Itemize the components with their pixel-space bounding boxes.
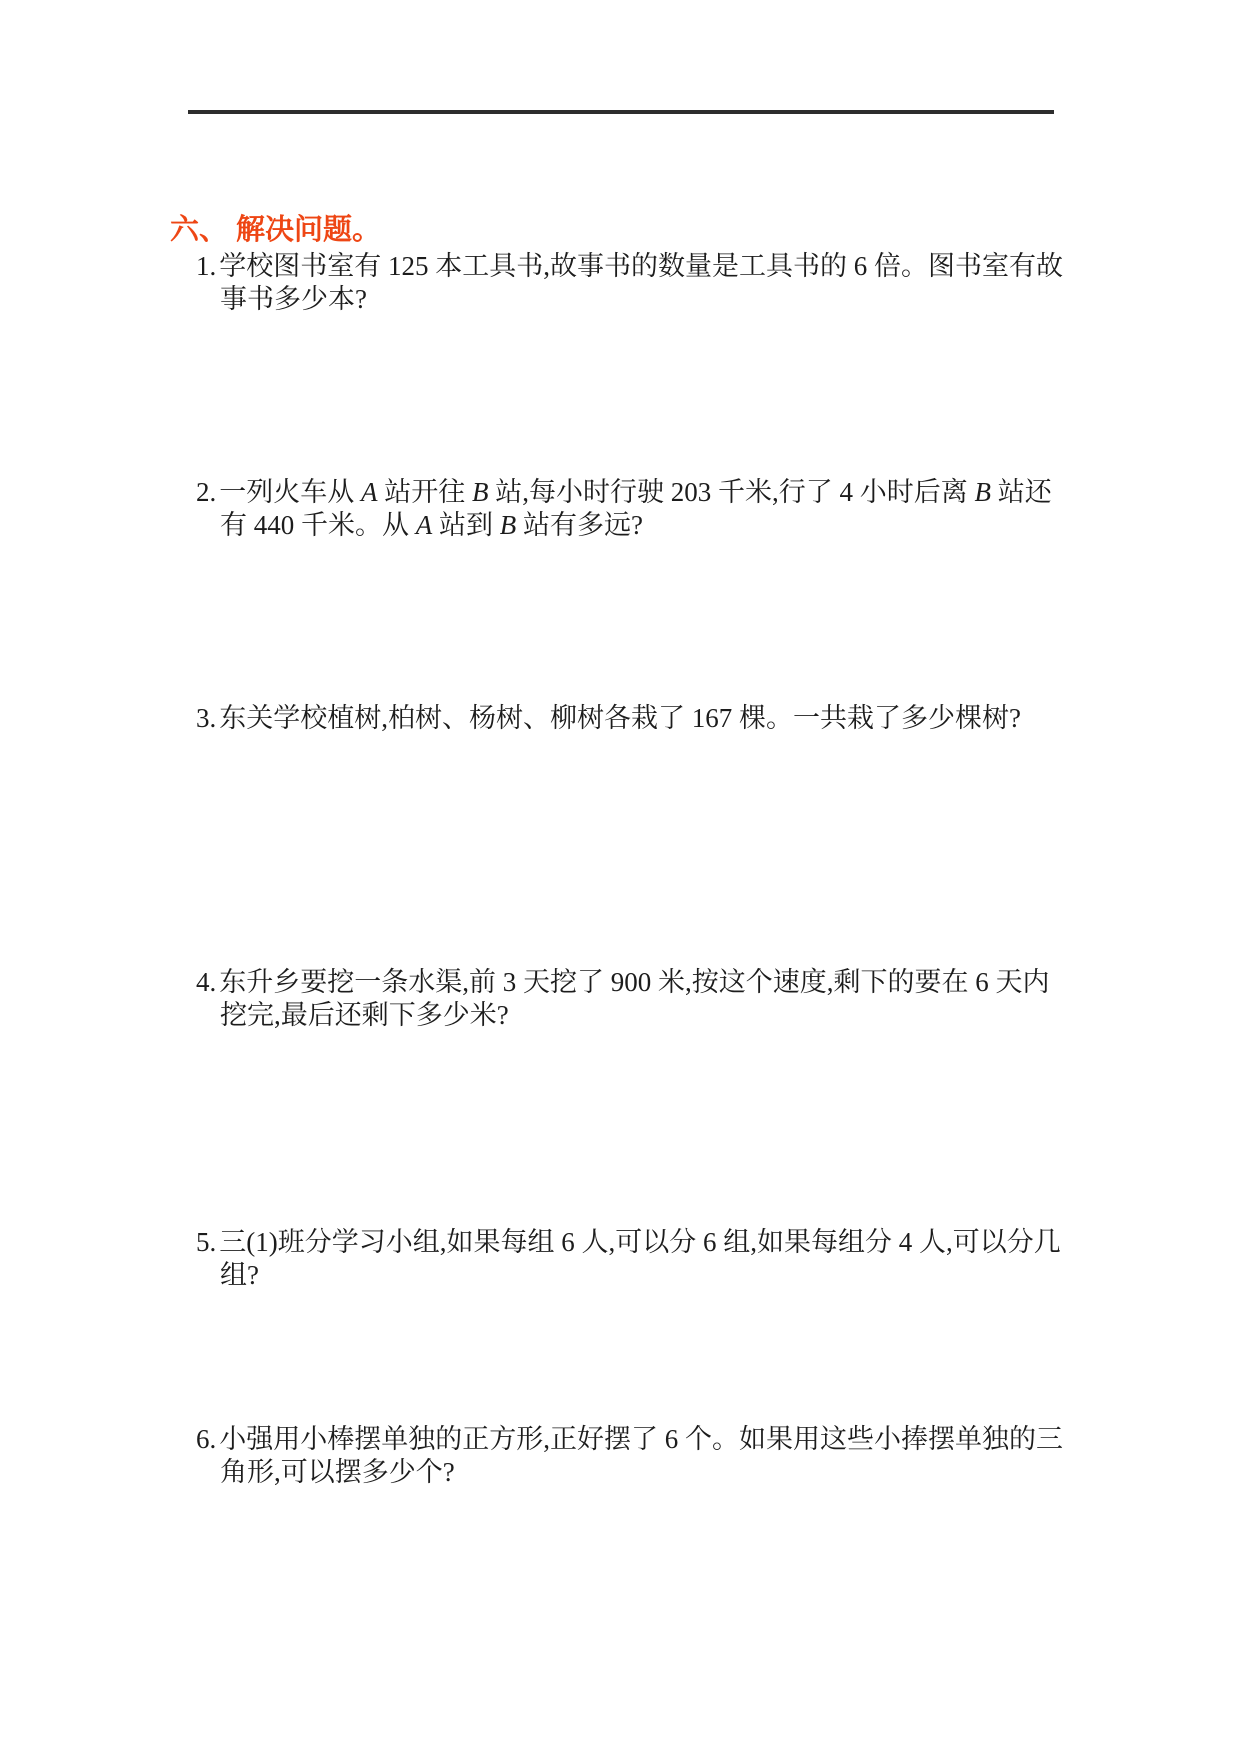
problem-number: 5. (196, 1227, 216, 1257)
problem-item-6: 6.小强用小棒摆单独的正方形,正好摆了 6 个。如果用这些小捧摆单独的三角形,可… (196, 1423, 1076, 1489)
section-heading: 六、 解决问题。 (170, 212, 381, 248)
problem-number: 3. (196, 703, 216, 733)
problem-text: 东关学校植树,柏树、杨树、柳树各栽了 167 棵。一共栽了多少棵树? (219, 703, 1021, 733)
problem-text: 东升乡要挖一条水渠,前 3 天挖了 900 米,按这个速度,剩下的要在 6 天内… (219, 967, 1049, 1030)
problem-item-2: 2.一列火车从 A 站开往 B 站,每小时行驶 203 千米,行了 4 小时后离… (196, 476, 1076, 542)
problem-item-5: 5.三(1)班分学习小组,如果每组 6 人,可以分 6 组,如果每组分 4 人,… (196, 1226, 1076, 1292)
worksheet-page: 六、 解决问题。 1.学校图书室有 125 本工具书,故事书的数量是工具书的 6… (0, 0, 1241, 1754)
problem-number: 4. (196, 967, 216, 997)
top-divider (188, 110, 1054, 114)
problem-text: 三(1)班分学习小组,如果每组 6 人,可以分 6 组,如果每组分 4 人,可以… (219, 1227, 1060, 1290)
problem-number: 2. (196, 477, 216, 507)
problem-item-3: 3.东关学校植树,柏树、杨树、柳树各栽了 167 棵。一共栽了多少棵树? (196, 702, 1076, 735)
problem-item-1: 1.学校图书室有 125 本工具书,故事书的数量是工具书的 6 倍。图书室有故事… (196, 250, 1076, 316)
problem-text: 一列火车从 A 站开往 B 站,每小时行驶 203 千米,行了 4 小时后离 B… (219, 477, 1052, 540)
problem-number: 6. (196, 1424, 216, 1454)
problem-number: 1. (196, 251, 216, 281)
problem-text: 学校图书室有 125 本工具书,故事书的数量是工具书的 6 倍。图书室有故事书多… (219, 251, 1063, 314)
problem-item-4: 4.东升乡要挖一条水渠,前 3 天挖了 900 米,按这个速度,剩下的要在 6 … (196, 966, 1076, 1032)
problem-text: 小强用小棒摆单独的正方形,正好摆了 6 个。如果用这些小捧摆单独的三角形,可以摆… (219, 1424, 1063, 1487)
